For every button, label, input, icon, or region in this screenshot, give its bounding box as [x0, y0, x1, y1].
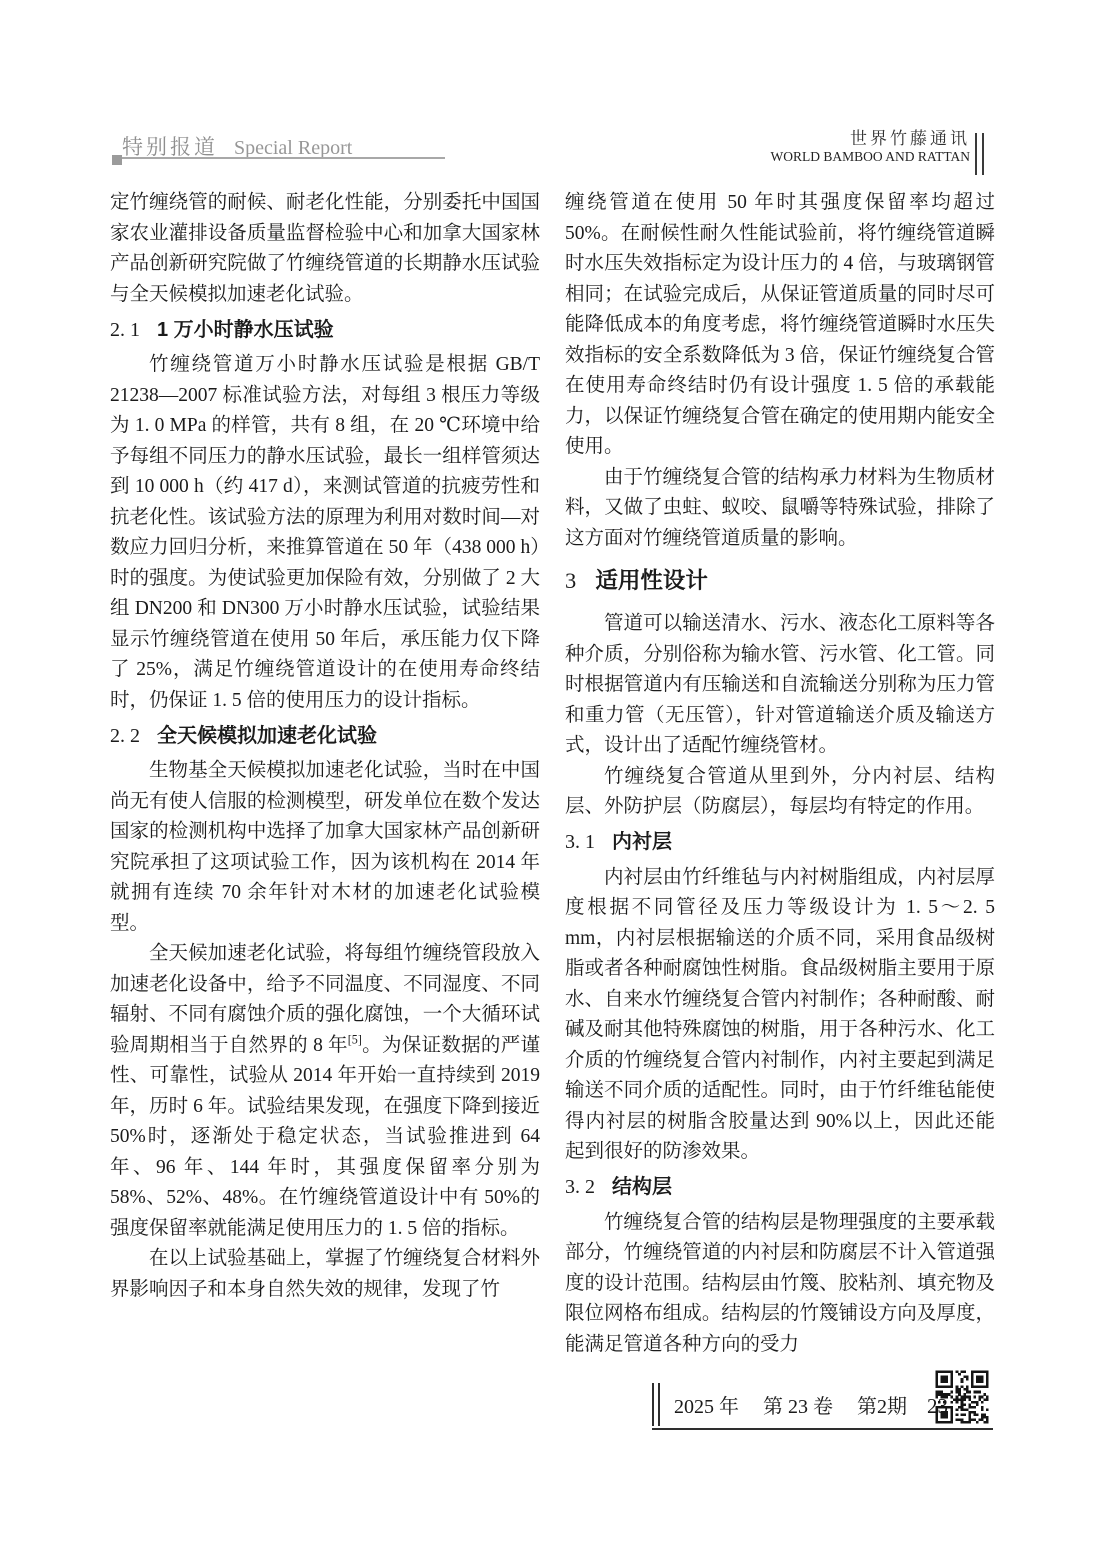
heading-title: 内衬层: [612, 831, 672, 853]
section-heading: 3. 1内衬层: [565, 827, 995, 858]
paragraph: 竹缠绕管道万小时静水压试验是根据 GB/T 21238—2007 标准试验方法，…: [110, 350, 540, 716]
heading-number: 2. 1: [110, 319, 140, 341]
journal-title-cn: 世界竹藤通讯: [770, 128, 970, 149]
section-heading: 3适用性设计: [565, 564, 995, 598]
paragraph: 生物基全天候模拟加速老化试验，当时在中国尚无有使人信服的检测模型，研发单位在数个…: [110, 756, 540, 939]
header-rule: [112, 157, 445, 159]
article-body: 定竹缠绕管的耐候、耐老化性能，分别委托中国国家农业灌排设备质量监督检验中心和加拿…: [110, 188, 995, 1360]
paragraph: 内衬层由竹纤维毡与内衬树脂组成，内衬层厚度根据不同管径及压力等级设计为 1. 5…: [565, 863, 995, 1168]
footer-volume: 第 23 卷: [763, 1390, 833, 1419]
journal-title-en: WORLD BAMBOO AND RATTAN: [770, 149, 970, 166]
footer-rule: [652, 1428, 993, 1430]
heading-number: 3. 1: [565, 831, 595, 853]
paragraph: 竹缠绕复合管道从里到外，分内衬层、结构层、外防护层（防腐层），每层均有特定的作用…: [565, 762, 995, 823]
footer-citation: 2025 年第 23 卷第2期23: [674, 1390, 948, 1419]
header-double-bar: [975, 133, 984, 175]
page-footer: 2025 年第 23 卷第2期23: [648, 1368, 993, 1430]
paragraph: 管道可以输送清水、污水、液态化工原料等各种介质，分别俗称为输水管、污水管、化工管…: [565, 609, 995, 762]
citation-ref: [5]: [348, 1032, 362, 1046]
right-column: 缠绕管道在使用 50 年时其强度保留率均超过 50%。在耐候性耐久性能试验前，将…: [565, 188, 995, 1360]
header-rule-square: [112, 155, 122, 165]
paragraph: 定竹缠绕管的耐候、耐老化性能，分别委托中国国家农业灌排设备质量监督检验中心和加拿…: [110, 188, 540, 310]
section-heading: 3. 2结构层: [565, 1172, 995, 1203]
heading-title: 结构层: [612, 1176, 672, 1198]
footer-year: 2025 年: [674, 1390, 739, 1419]
heading-title: 适用性设计: [595, 568, 708, 593]
heading-number: 3. 2: [565, 1176, 595, 1198]
left-column: 定竹缠绕管的耐候、耐老化性能，分别委托中国国家农业灌排设备质量监督检验中心和加拿…: [110, 188, 540, 1360]
paragraph: 在以上试验基础上，掌握了竹缠绕复合材料外界影响因子和本身自然失效的规律，发现了竹: [110, 1244, 540, 1305]
section-heading: 2. 2全天候模拟加速老化试验: [110, 721, 540, 752]
heading-title: 全天候模拟加速老化试验: [157, 725, 377, 747]
section-heading: 2. 11 万小时静水压试验: [110, 315, 540, 346]
footer-double-bar: [652, 1383, 660, 1426]
heading-number: 2. 2: [110, 725, 140, 747]
footer-issue: 第2期: [857, 1390, 907, 1419]
paragraph: 缠绕管道在使用 50 年时其强度保留率均超过 50%。在耐候性耐久性能试验前，将…: [565, 188, 995, 463]
paragraph: 由于竹缠绕复合管的结构承力材料为生物质材料，又做了虫蛀、蚁咬、鼠嚼等特殊试验，排…: [565, 463, 995, 555]
section-label-en: Special Report: [234, 137, 352, 159]
section-label-cn: 特别报道: [122, 136, 218, 159]
paragraph: 全天候加速老化试验，将每组竹缠绕管段放入加速老化设备中，给予不同温度、不同湿度、…: [110, 939, 540, 1244]
qr-code-icon: [933, 1368, 991, 1426]
heading-title: 1 万小时静水压试验: [157, 319, 334, 341]
paragraph: 竹缠绕复合管的结构层是物理强度的主要承载部分，竹缠绕管道的内衬层和防腐层不计入管…: [565, 1208, 995, 1361]
page-header-right: 世界竹藤通讯 WORLD BAMBOO AND RATTAN: [770, 128, 970, 166]
heading-number: 3: [565, 568, 576, 593]
